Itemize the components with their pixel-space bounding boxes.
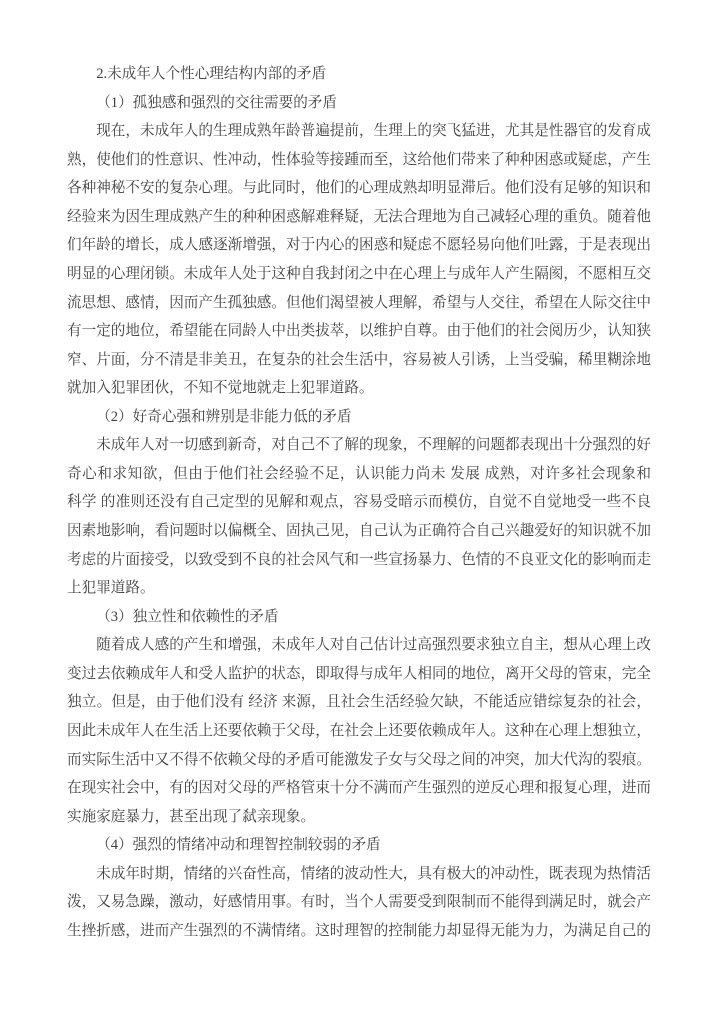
body-text-line: 奇心和求知欲，但由于他们社会经验不足，认识能力尚未 发展 成熟，对许多社会现象和 bbox=[67, 460, 651, 489]
body-text-line: 未成年人对一切感到新奇，对自己不了解的现象，不理解的问题都表现出十分强烈的好 bbox=[67, 431, 651, 460]
body-text-line: 泼，又易急躁，激动，好感情用事。有时，当个人需要受到限制而不能得到满足时，就会产 bbox=[67, 888, 651, 917]
body-text-line: 科学 的准则还没有自己定型的见解和观点，容易受暗示而模仿，自觉不自觉地受一些不良 bbox=[67, 488, 651, 517]
body-text-line: 熟，使他们的性意识、性冲动，性体验等接踵而至，这给他们带来了种种困惑或疑虑，产生 bbox=[67, 146, 651, 175]
body-text-line: 考虑的片面接受，以致受到不良的社会风气和一些宣扬暴力、色情的不良亚文化的影响而走 bbox=[67, 546, 651, 575]
heading-line: （2）好奇心强和辨别是非能力低的矛盾 bbox=[67, 403, 651, 432]
body-text-line: 在现实社会中，有的因对父母的严格管束十分不满而产生强烈的逆反心理和报复心理，进而 bbox=[67, 774, 651, 803]
heading-line: （1）孤独感和强烈的交往需要的矛盾 bbox=[67, 89, 651, 118]
document-page: 2.未成年人个性心理结构内部的矛盾（1）孤独感和强烈的交往需要的矛盾现在，未成年… bbox=[0, 0, 720, 1018]
heading-line: （4）强烈的情绪冲动和理智控制较弱的矛盾 bbox=[67, 831, 651, 860]
body-text-line: 就加入犯罪团伙，不知不觉地就走上犯罪道路。 bbox=[67, 374, 651, 403]
body-text-line: 生挫折感，进而产生强烈的不满情绪。这时理智的控制能力却显得无能为力，为满足自己的 bbox=[67, 917, 651, 946]
text-block: 2.未成年人个性心理结构内部的矛盾（1）孤独感和强烈的交往需要的矛盾现在，未成年… bbox=[67, 60, 651, 945]
body-text-line: 实施家庭暴力，甚至出现了弑亲现象。 bbox=[67, 803, 651, 832]
body-text-line: 未成年时期，情绪的兴奋性高，情绪的波动性大，具有极大的冲动性，既表现为热情活 bbox=[67, 860, 651, 889]
body-text-line: 各种神秘不安的复杂心理。与此同时，他们的心理成熟却明显滞后。他们没有足够的知识和 bbox=[67, 174, 651, 203]
body-text-line: 现在，未成年人的生理成熟年龄普遍提前，生理上的突飞猛进，尤其是性器官的发育成 bbox=[67, 117, 651, 146]
body-text-line: 变过去依赖成年人和受人监护的状态，即取得与成年人相同的地位，离开父母的管束，完全 bbox=[67, 660, 651, 689]
body-text-line: 随着成人感的产生和增强，未成年人对自己估计过高强烈要求独立自主，想从心理上改 bbox=[67, 631, 651, 660]
body-text-line: 有一定的地位，希望能在同龄人中出类拔萃，以维护自尊。由于他们的社会阅历少，认知狭 bbox=[67, 317, 651, 346]
body-text-line: 们年龄的增长，成人感逐渐增强，对于内心的困惑和疑虑不愿轻易向他们吐露，于是表现出 bbox=[67, 231, 651, 260]
body-text-line: 流思想、感情，因而产生孤独感。但他们渴望被人理解，希望与人交往，希望在人际交往中 bbox=[67, 289, 651, 318]
body-text-line: 而实际生活中又不得不依赖父母的矛盾可能激发子女与父母之间的冲突，加大代沟的裂痕。 bbox=[67, 746, 651, 775]
body-text-line: 因素地影响，看问题时以偏概全、固执己见，自己认为正确符合自己兴趣爱好的知识就不加 bbox=[67, 517, 651, 546]
body-text-line: 因此未成年人在生活上还要依赖于父母，在社会上还要依赖成年人。这种在心理上想独立， bbox=[67, 717, 651, 746]
body-text-line: 经验来为因生理成熟产生的种种困惑解难释疑，无法合理地为自己减轻心理的重负。随着他 bbox=[67, 203, 651, 232]
body-text-line: 明显的心理闭锁。未成年人处于这种自我封闭之中在心理上与成年人产生隔阂，不愿相互交 bbox=[67, 260, 651, 289]
body-text-line: 上犯罪道路。 bbox=[67, 574, 651, 603]
body-text-line: 窄、片面，分不清是非美丑，在复杂的社会生活中，容易被人引诱，上当受骗，稀里糊涂地 bbox=[67, 346, 651, 375]
heading-line: 2.未成年人个性心理结构内部的矛盾 bbox=[67, 60, 651, 89]
heading-line: （3）独立性和依赖性的矛盾 bbox=[67, 603, 651, 632]
body-text-line: 独立。但是，由于他们没有 经济 来源，且社会生活经验欠缺，不能适应错综复杂的社会… bbox=[67, 688, 651, 717]
